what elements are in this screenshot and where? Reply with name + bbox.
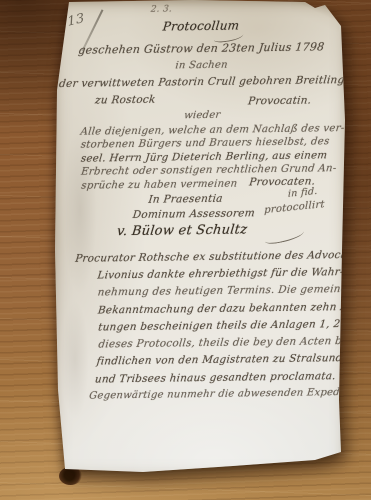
dateline: geschehen Güstrow den 23ten Julius 1798	[54, 41, 349, 56]
body-line: Procurator Rothsche ex substitutione des…	[75, 250, 352, 264]
praesentia-label: In Praesentia	[148, 194, 223, 206]
signature-line: v. Bülow et Schultz	[116, 223, 248, 238]
in-fidem-note: in fid.	[288, 187, 318, 199]
versus-label: wieder	[55, 109, 350, 123]
assessor-line: Dominum Assessorem	[132, 208, 255, 220]
body-line: Bekanntmachung der dazu bekannten zehn Z…	[97, 302, 361, 316]
proclamation-line: storbenen Bürgers und Brauers hieselbst,…	[80, 137, 330, 151]
party1-place: zu Rostock	[94, 95, 156, 106]
body-line: Gegenwärtige nunmehr die abwesenden Expe…	[89, 388, 371, 402]
signature-flourish	[264, 227, 305, 245]
top-notation: 2. 3.	[150, 5, 172, 14]
handwritten-text-layer: 13 2. 3. Protocollum geschehen Güstrow d…	[53, 0, 354, 480]
protokolliert-note: protocollirt	[264, 200, 325, 216]
photo-of-manuscript: 13 2. 3. Protocollum geschehen Güstrow d…	[0, 0, 371, 500]
proclamation-line: sprüche zu haben vermeinen	[81, 179, 238, 191]
party1-role: Provocatin.	[247, 95, 311, 106]
party1-name: der verwittweten Pastorin Crull gebohren…	[54, 75, 349, 90]
body-line: tungen bescheinigen theils die Anlagen 1…	[98, 319, 366, 333]
body-line: Livonius dankte ehrerbiethigst für die W…	[97, 267, 344, 281]
body-line: dieses Protocolls, theils die bey den Ac…	[98, 336, 353, 350]
paper-surface: 13 2. 3. Protocollum geschehen Güstrow d…	[53, 0, 347, 478]
manuscript-sheet: 13 2. 3. Protocollum geschehen Güstrow d…	[53, 0, 347, 478]
in-sachen-label: in Sachen	[54, 59, 349, 73]
body-line: und Tribsees hinaus gesandten proclamata…	[94, 371, 336, 385]
body-line: findlichen von den Magistraten zu Strals…	[96, 353, 343, 367]
body-line: nehmung des heutigen Termins. Die gemein…	[97, 284, 347, 298]
